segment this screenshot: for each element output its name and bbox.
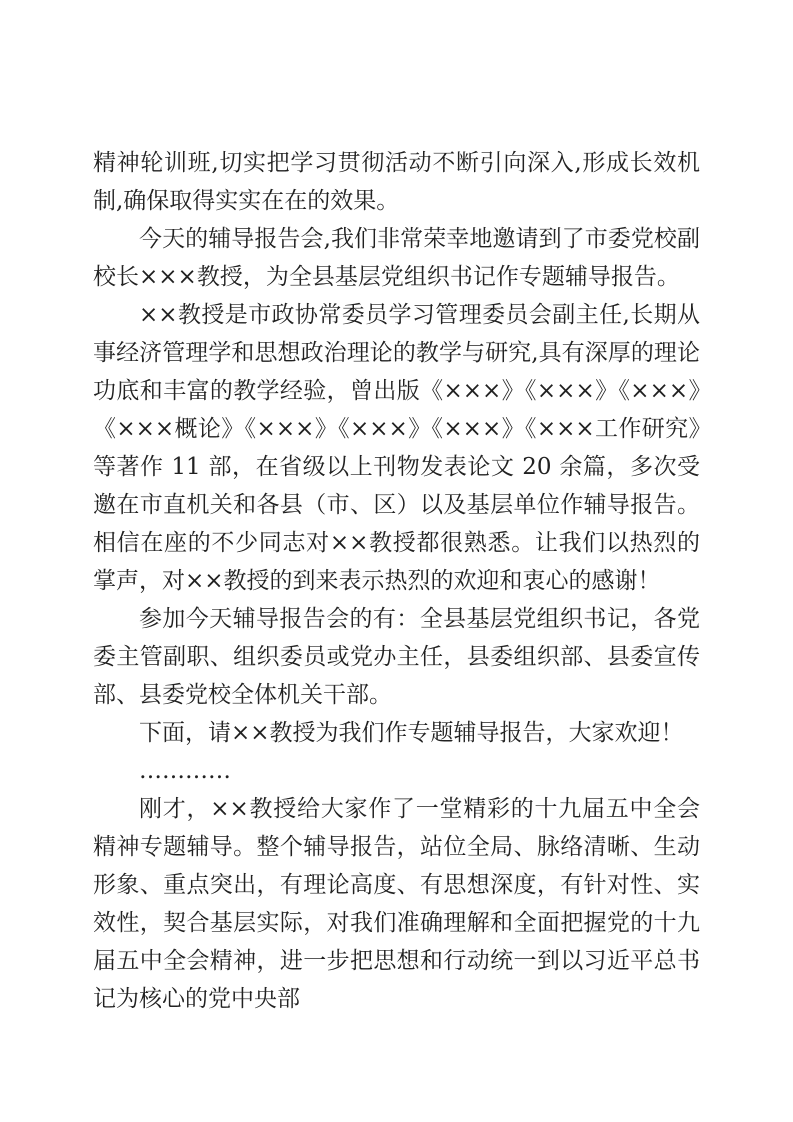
paragraph: 精神轮训班,切实把学习贯彻活动不断引向深入,形成长效机制,确保取得实实在在的效果… <box>93 144 700 220</box>
paragraph: ………… <box>93 752 700 790</box>
paragraph: 下面，请××教授为我们作专题辅导报告，大家欢迎！ <box>93 714 700 752</box>
document-body: 精神轮训班,切实把学习贯彻活动不断引向深入,形成长效机制,确保取得实实在在的效果… <box>93 144 700 1018</box>
paragraph: 刚才，××教授给大家作了一堂精彩的十九届五中全会精神专题辅导。整个辅导报告，站位… <box>93 790 700 1018</box>
paragraph: 今天的辅导报告会,我们非常荣幸地邀请到了市委党校副校长×××教授，为全县基层党组… <box>93 220 700 296</box>
paragraph: ××教授是市政协常委员学习管理委员会副主任,长期从事经济管理学和思想政治理论的教… <box>93 296 700 600</box>
paragraph: 参加今天辅导报告会的有：全县基层党组织书记，各党委主管副职、组织委员或党办主任，… <box>93 600 700 714</box>
document-page: 精神轮训班,切实把学习贯彻活动不断引向深入,形成长效机制,确保取得实实在在的效果… <box>0 0 793 1122</box>
